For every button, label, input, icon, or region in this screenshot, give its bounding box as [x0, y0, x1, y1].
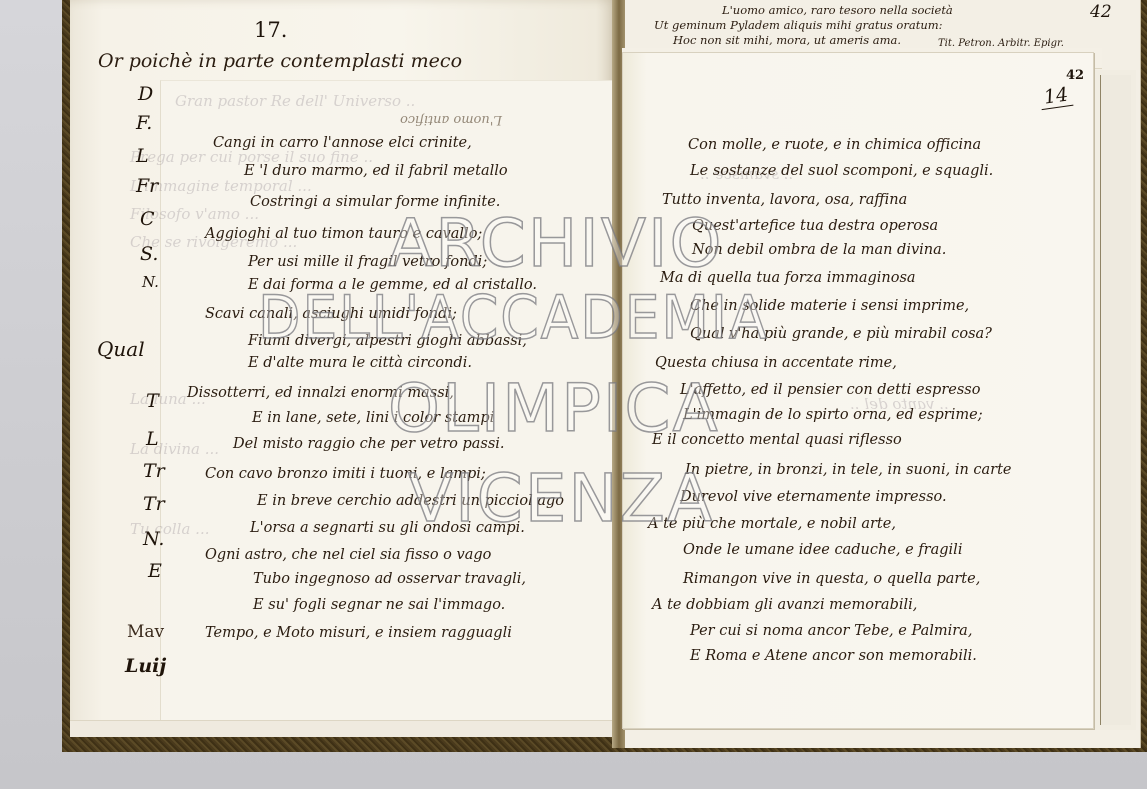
- verse-line: E d'alte mura le città circondi.: [248, 355, 472, 371]
- left-page-heading: Or poichè in parte contemplasti meco: [98, 50, 462, 72]
- margin-letter: S.: [140, 243, 158, 265]
- margin-letter: Tr: [143, 460, 165, 482]
- verse-line: Durevol vive eternamente impresso.: [680, 489, 947, 505]
- margin-letter: N.: [142, 273, 159, 291]
- verse-line: Per cui si noma ancor Tebe, e Palmira,: [690, 623, 972, 639]
- verse-line: L'immagin de lo spirto orna, ed esprime;: [683, 407, 983, 423]
- verse-line: Non debil ombra de la man divina.: [692, 242, 946, 258]
- margin-word-mav: Mav: [127, 622, 164, 642]
- top-note-line: Ut geminum Pyladem aliquis mihi gratus o…: [654, 18, 943, 32]
- verse-line: Rimangon vive in questa, o quella parte,: [683, 571, 980, 587]
- margin-letter: T: [146, 390, 159, 412]
- margin-letter: Fr: [136, 175, 158, 197]
- verse-line: Questa chiusa in accentate rime,: [655, 355, 897, 371]
- folio-number-top: 42: [1090, 2, 1112, 22]
- verse-line: Le sostanze del suol scomponi, e squagli…: [690, 163, 993, 179]
- margin-letter: L: [146, 428, 159, 450]
- bleed-through-text: Tu colla ...: [130, 520, 209, 538]
- bleed-through-text: Gran pastor Re dell' Universo ..: [175, 92, 415, 110]
- margin-letter: C: [140, 208, 155, 230]
- verse-line: E Roma e Atene ancor son memorabili.: [690, 648, 977, 664]
- margin-letter: D: [138, 83, 153, 105]
- margin-word-qual: Qual: [97, 337, 145, 361]
- verse-line: In pietre, in bronzi, in tele, in suoni,…: [685, 462, 1012, 478]
- left-page-bottom-edge: [70, 720, 618, 737]
- folio-number-mid: 42: [1066, 68, 1084, 83]
- right-page-number: 14: [1039, 83, 1074, 110]
- verse-line: Cangi in carro l'annose elci crinite,: [213, 135, 472, 151]
- verse-line: Tempo, e Moto misuri, e insiem ragguagli: [205, 625, 512, 641]
- verse-line: Con molle, e ruote, e in chimica officin…: [688, 137, 981, 153]
- top-note-line: Hoc non sit mihi, mora, ut ameris ama.: [673, 33, 901, 47]
- watermark-line: OLIMPICA: [388, 370, 720, 447]
- verse-line: E su' fogli segnar ne sai l'immago.: [253, 597, 505, 613]
- top-note-line: L'uomo amico, raro tesoro nella società: [722, 3, 953, 17]
- verse-line: Onde le umane idee caduche, e fragili: [683, 542, 962, 558]
- faint-annotation: L'uomo antifico: [400, 112, 502, 127]
- margin-letter: E: [148, 560, 162, 582]
- verse-line: Ogni astro, che nel ciel sia fisso o vag…: [205, 547, 491, 563]
- watermark-line: VICENZA: [408, 460, 714, 537]
- watermark-line: ARCHIVIO: [388, 205, 723, 282]
- left-page-number: 17.: [254, 18, 287, 42]
- verse-line: A te dobbiam gli avanzi memorabili,: [652, 597, 917, 613]
- margin-letter: F.: [136, 112, 152, 134]
- margin-letter: L: [136, 145, 149, 167]
- watermark-line: DELL'ACCADEMIA: [258, 283, 769, 353]
- verse-line: E 'l duro marmo, ed il fabril metallo: [244, 163, 508, 179]
- verse-line: L'affetto, ed il pensier con detti espre…: [680, 382, 980, 398]
- verse-line: Quest'artefice tua destra operosa: [692, 218, 938, 234]
- right-page-stack-edge: [1100, 75, 1131, 725]
- margin-word-luij: Luij: [125, 655, 166, 677]
- bleed-through-text: La divina ...: [130, 440, 219, 458]
- margin-letter: Tr: [143, 493, 165, 515]
- margin-letter: N.: [143, 528, 164, 550]
- verse-line: Tubo ingegnoso ad osservar travagli,: [253, 571, 526, 587]
